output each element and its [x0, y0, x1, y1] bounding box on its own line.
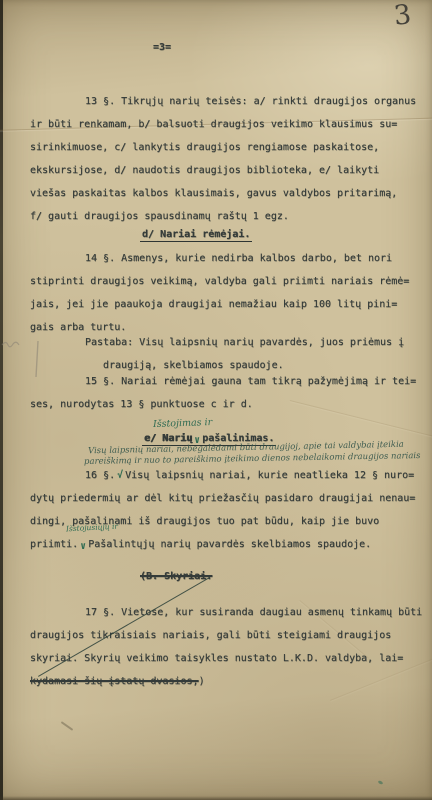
typed-line: stiprinti draugijos veikimą, valdyba gal… — [30, 270, 409, 293]
typed-line: priimti.∨Pašalintųjų narių pavardės skel… — [30, 533, 415, 556]
struck-typed-text: kydamasi šių įstatų dvasios, — [30, 676, 199, 687]
typed-line: sirinkimuose, c/ lankytis draugijos reng… — [30, 136, 416, 159]
paragraph-16: 16 §.√Visų laipsnių nariai, kurie neatli… — [30, 464, 415, 556]
handwritten-corner-page-number: 3 — [392, 0, 412, 32]
ink-speck — [61, 721, 74, 731]
ink-speck — [378, 780, 384, 785]
handwritten-annotation-above-heading: Išstojimas ir — [153, 417, 213, 430]
typed-line: viešas paskaitas kalbos klausimais, gavu… — [30, 182, 416, 205]
typed-line: ir būti renkamam, b/ balsuoti draugijos … — [30, 113, 416, 136]
typed-text: priimti. — [30, 539, 78, 550]
typed-text: Visų laipsnių nariai, kurie neatlieka 12… — [125, 470, 414, 481]
check-mark-icon: √ — [117, 464, 123, 487]
typed-line: 14 §. Asmenys, kurie nedirba kalbos darb… — [30, 247, 409, 270]
typed-line: 13 §. Tikrųjų narių teisės: a/ rinkti dr… — [30, 90, 416, 113]
typed-line: dytų priedermių ar dėl kitų priežasčių p… — [30, 487, 415, 510]
typed-line: jais, jei jie paaukoja draugijai nemažia… — [30, 293, 409, 316]
section-heading-d: d/ Nariai rėmėjai. — [140, 229, 252, 242]
scan-edge-bottom — [0, 796, 432, 800]
typed-text: ) — [199, 676, 205, 687]
typed-line: draugijos tikraisiais nariais, gali būti… — [30, 624, 422, 647]
typed-line: skyriai. Skyrių veikimo taisykles nustat… — [30, 647, 422, 670]
typed-page-number: =3= — [153, 42, 171, 53]
scan-edge-left — [0, 0, 3, 800]
paragraph-15: 15 §. Nariai rėmėjai gauna tam tikrą paž… — [30, 370, 416, 416]
insertion-caret-icon: ∨ — [80, 535, 86, 558]
typed-line: 17 §. Vietose, kur susiranda daugiau asm… — [30, 601, 422, 624]
typed-line: 15 §. Nariai rėmėjai gauna tam tikrą paž… — [30, 370, 416, 393]
typed-line: f/ gauti draugijos spausdinamų raštų 1 e… — [30, 205, 416, 228]
paragraph-13: 13 §. Tikrųjų narių teisės: a/ rinkti dr… — [30, 90, 416, 228]
typed-line: kydamasi šių įstatų dvasios,) — [30, 670, 422, 693]
heading-text: e/ Narių — [144, 433, 192, 444]
scanned-document-page: 3 =3= 13 §. Tikrųjų narių teisės: a/ rin… — [0, 0, 432, 800]
typed-line: 16 §.√Visų laipsnių nariai, kurie neatli… — [30, 464, 415, 487]
typed-line: Pastaba: Visų laipsnių narių pavardės, j… — [30, 331, 404, 354]
margin-pencil-mark — [0, 333, 50, 383]
typed-text: Pašalintųjų narių pavardės skelbiamos sp… — [88, 539, 371, 550]
paragraph-14: 14 §. Asmenys, kurie nedirba kalbos darb… — [30, 247, 409, 339]
typed-text: 16 §. — [85, 470, 115, 481]
typed-line: ses, nurodytas 13 § punktuose c ir d. — [30, 393, 416, 416]
typed-line: ekskursijose, d/ naudotis draugijos bibl… — [30, 159, 416, 182]
